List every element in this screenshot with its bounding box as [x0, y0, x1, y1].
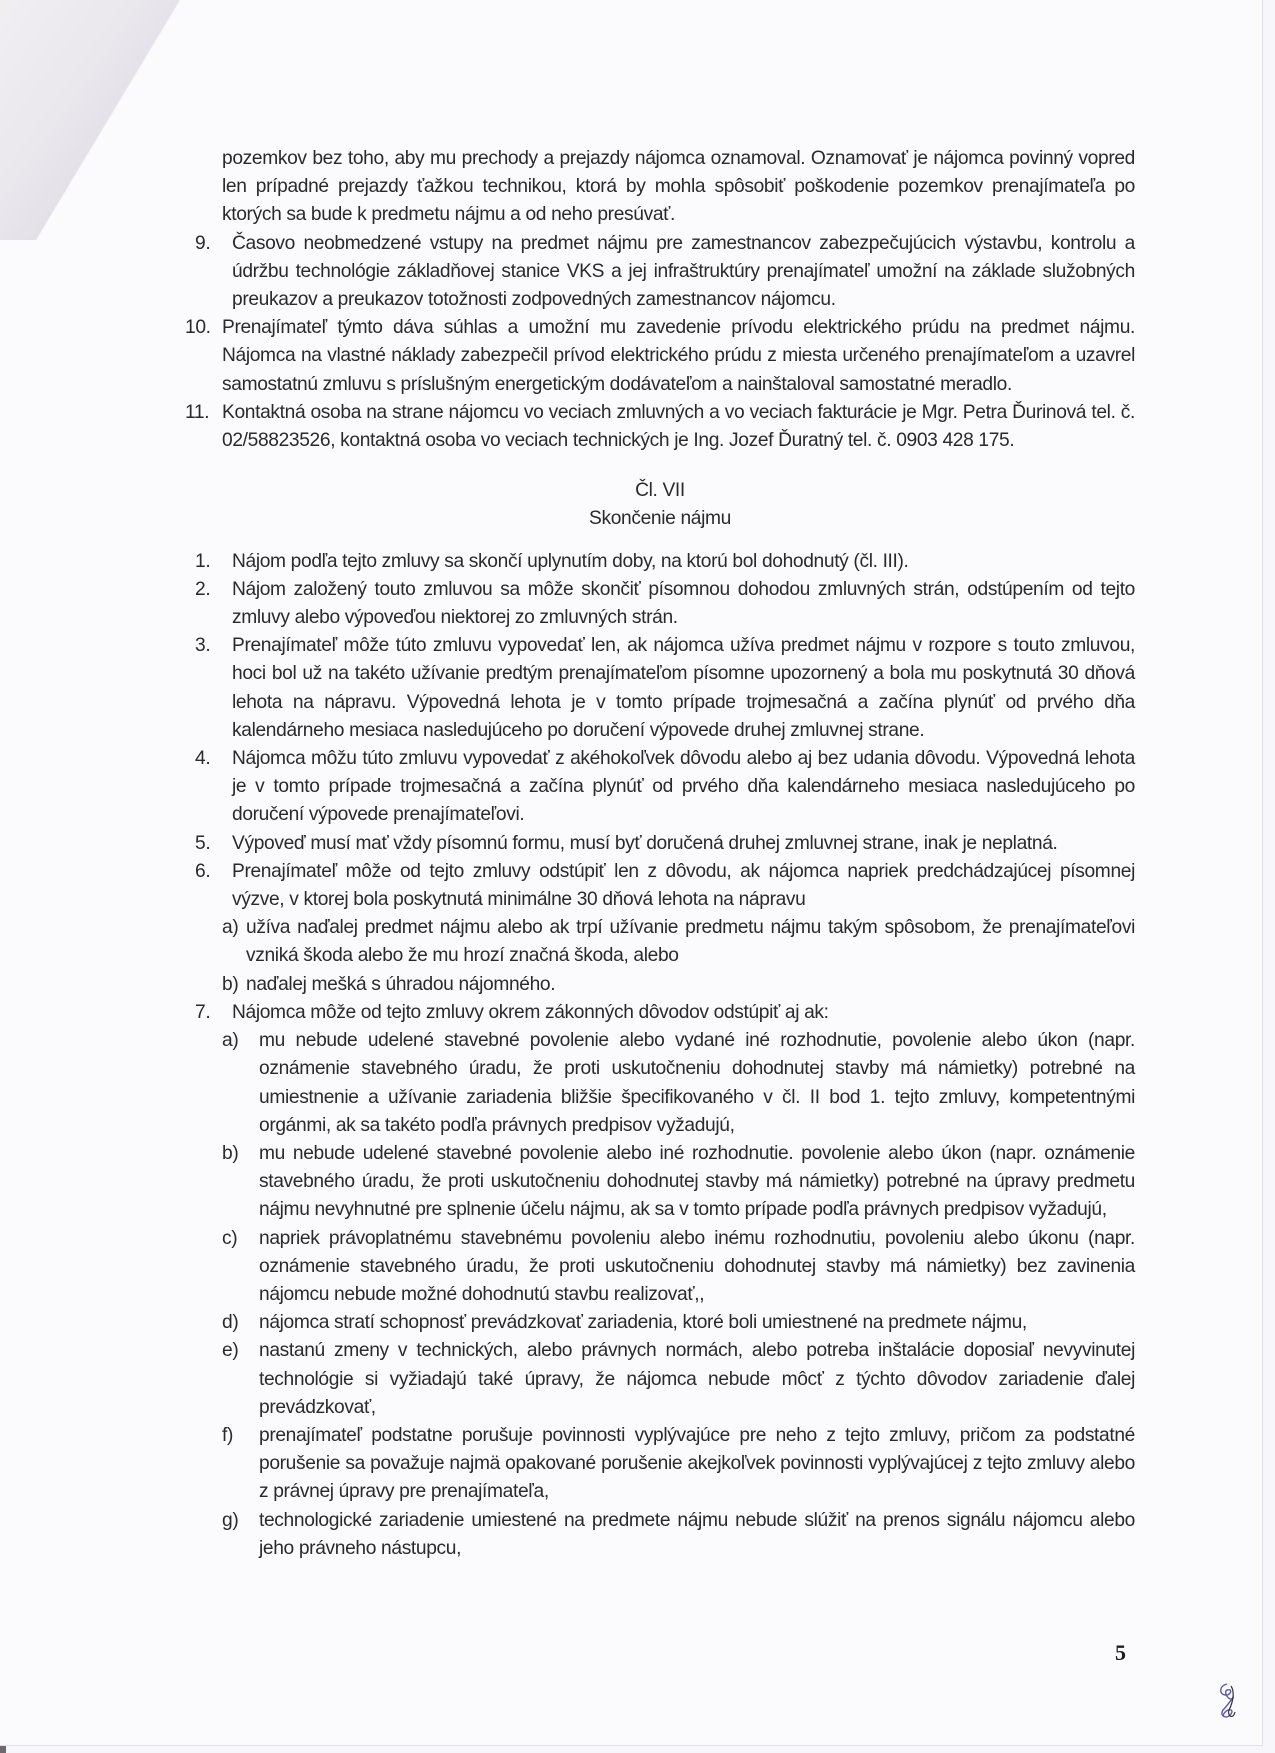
- page-content: pozemkov bez toho, aby mu prechody a pre…: [185, 145, 1135, 1563]
- sub-item-label: c): [222, 1225, 259, 1310]
- item-text: Nájomca môže od tejto zmluvy okrem zákon…: [232, 999, 1135, 1027]
- sub-item-text: napriek právoplatnému stavebnému povolen…: [259, 1225, 1135, 1310]
- section-number: Čl. VII: [185, 477, 1135, 505]
- sub-item-7f: f) prenajímateľ podstatne porušuje povin…: [185, 1422, 1135, 1507]
- sub-item-text: prenajímateľ podstatne porušuje povinnos…: [259, 1422, 1135, 1507]
- sub-item-text: mu nebude udelené stavebné povolenie ale…: [259, 1140, 1135, 1225]
- sub-item-7b: b) mu nebude udelené stavebné povolenie …: [185, 1140, 1135, 1225]
- item-text: Prenajímateľ môže túto zmluvu vypovedať …: [232, 632, 1135, 745]
- sub-item-text: technologické zariadenie umiestené na pr…: [259, 1507, 1135, 1563]
- sub-item-text: naďalej mešká s úhradou nájomného.: [246, 971, 1135, 999]
- sub-item-7e: e) nastanú zmeny v technických, alebo pr…: [185, 1337, 1135, 1422]
- item-text: Nájomca môžu túto zmluvu vypovedať z aké…: [232, 745, 1135, 830]
- sub-item-7c: c) napriek právoplatnému stavebnému povo…: [185, 1225, 1135, 1310]
- item-text: Kontaktná osoba na strane nájomcu vo vec…: [222, 399, 1135, 455]
- item-text: Prenajímateľ týmto dáva súhlas a umožní …: [222, 314, 1135, 399]
- list-item-7: 7. Nájomca môže od tejto zmluvy okrem zá…: [185, 999, 1135, 1027]
- spacer: [185, 455, 1135, 477]
- sub-item-label: a): [222, 914, 246, 970]
- list-item-4: 4. Nájomca môžu túto zmluvu vypovedať z …: [185, 745, 1135, 830]
- item-text: Nájom založený touto zmluvou sa môže sko…: [232, 576, 1135, 632]
- document-page: pozemkov bez toho, aby mu prechody a pre…: [0, 0, 1263, 1746]
- item-number: 10.: [185, 314, 222, 399]
- list-item-6: 6. Prenajímateľ môže od tejto zmluvy ods…: [185, 858, 1135, 914]
- initials-signature-icon: [1213, 1680, 1241, 1725]
- list-item-2: 2. Nájom založený touto zmluvou sa môže …: [185, 576, 1135, 632]
- list-item-1: 1. Nájom podľa tejto zmluvy sa skončí up…: [185, 548, 1135, 576]
- sub-item-6a: a) užíva naďalej predmet nájmu alebo ak …: [185, 914, 1135, 970]
- list-item-5: 5. Výpoveď musí mať vždy písomnú formu, …: [185, 830, 1135, 858]
- list-item-9: 9. Časovo neobmedzené vstupy na predmet …: [185, 230, 1135, 315]
- sub-item-6b: b) naďalej mešká s úhradou nájomného.: [185, 971, 1135, 999]
- sub-item-text: mu nebude udelené stavebné povolenie ale…: [259, 1027, 1135, 1140]
- sub-item-7g: g) technologické zariadenie umiestené na…: [185, 1507, 1135, 1563]
- item-text: Časovo neobmedzené vstupy na predmet náj…: [232, 230, 1135, 315]
- list-item-11: 11. Kontaktná osoba na strane nájomcu vo…: [185, 399, 1135, 455]
- list-item-10: 10. Prenajímateľ týmto dáva súhlas a umo…: [185, 314, 1135, 399]
- item-number: 3.: [185, 632, 232, 745]
- page-number: 5: [1115, 1640, 1126, 1666]
- list-item-3: 3. Prenajímateľ môže túto zmluvu vypoved…: [185, 632, 1135, 745]
- sub-item-text: nájomca stratí schopnosť prevádzkovať za…: [259, 1309, 1135, 1337]
- item-number: 7.: [185, 999, 232, 1027]
- continuation-paragraph: pozemkov bez toho, aby mu prechody a pre…: [185, 145, 1135, 230]
- spacer: [185, 534, 1135, 548]
- sub-item-label: b): [222, 1140, 259, 1225]
- sub-item-text: nastanú zmeny v technických, alebo právn…: [259, 1337, 1135, 1422]
- item-number: 1.: [185, 548, 232, 576]
- item-text: Prenajímateľ môže od tejto zmluvy odstúp…: [232, 858, 1135, 914]
- item-number: 5.: [185, 830, 232, 858]
- item-text: Nájom podľa tejto zmluvy sa skončí uplyn…: [232, 548, 1135, 576]
- sub-item-7d: d) nájomca stratí schopnosť prevádzkovať…: [185, 1309, 1135, 1337]
- sub-item-text: užíva naďalej predmet nájmu alebo ak trp…: [246, 914, 1135, 970]
- sub-item-label: e): [222, 1337, 259, 1422]
- section-title: Skončenie nájmu: [185, 505, 1135, 533]
- item-text: Výpoveď musí mať vždy písomnú formu, mus…: [232, 830, 1135, 858]
- sub-item-label: f): [222, 1422, 259, 1507]
- sub-item-7a: a) mu nebude udelené stavebné povolenie …: [185, 1027, 1135, 1140]
- item-number: 4.: [185, 745, 232, 830]
- item-number: 2.: [185, 576, 232, 632]
- sub-item-label: d): [222, 1309, 259, 1337]
- sub-item-label: a): [222, 1027, 259, 1140]
- sub-item-label: g): [222, 1507, 259, 1563]
- folded-page-corner: [0, 0, 180, 240]
- item-number: 9.: [185, 230, 232, 315]
- item-number: 6.: [185, 858, 232, 914]
- item-number: 11.: [185, 399, 222, 455]
- sub-item-label: b): [222, 971, 246, 999]
